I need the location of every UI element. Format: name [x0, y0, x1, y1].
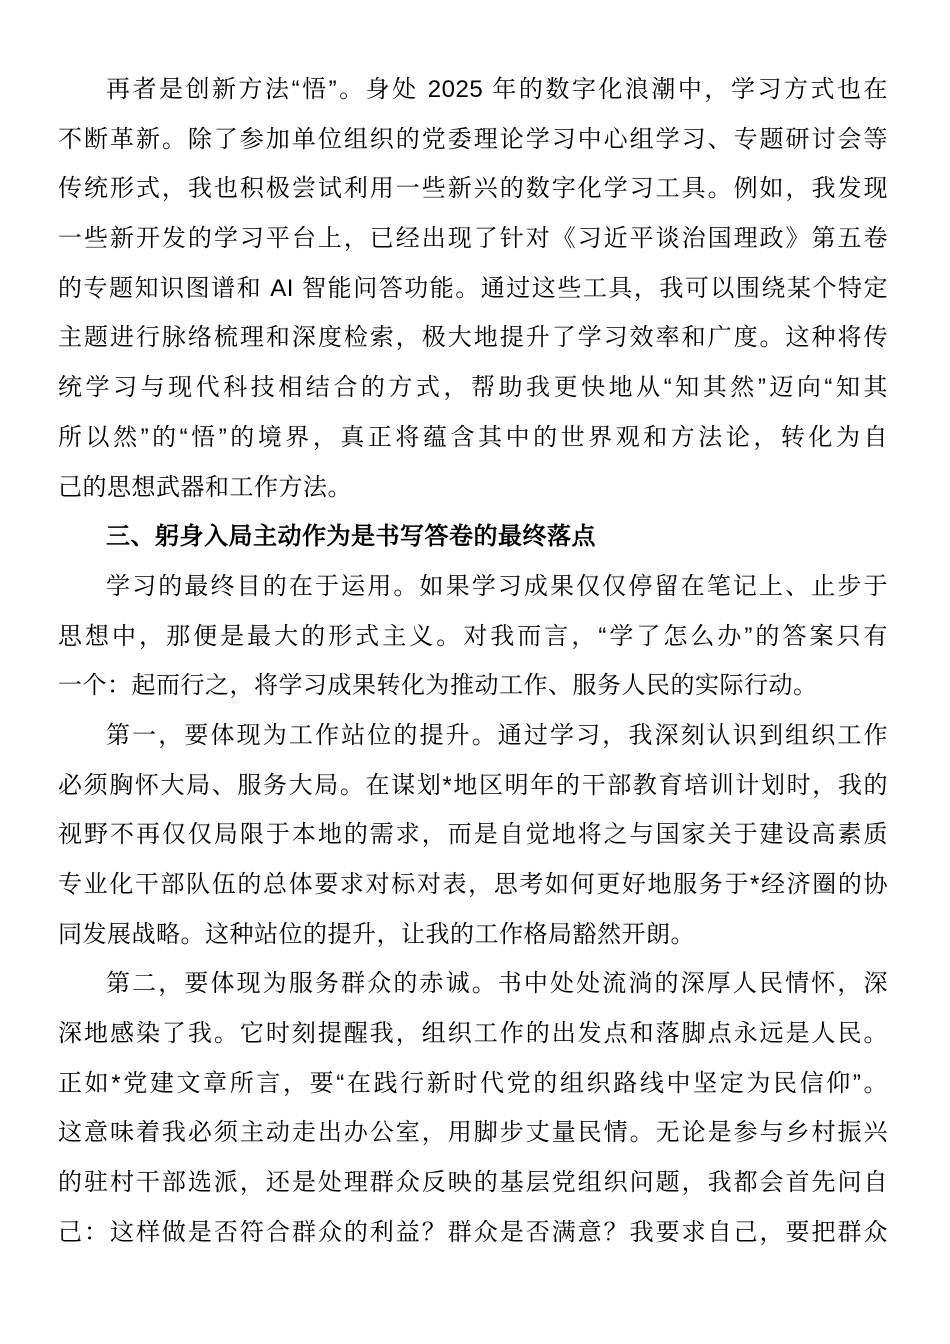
document-text-block: 再者是创新方法“悟”。身处 2025 年的数字化浪潮中，学习方式也在 不断革新。…: [58, 65, 888, 1258]
text-line: 这意味着我必须主动走出办公室，用脚步丈量民情。无论是参与乡村振兴: [58, 1108, 888, 1158]
text-line: 第二，要体现为服务群众的赤诚。书中处处流淌的深厚人民情怀，深: [58, 959, 888, 1009]
text-line: 的专题知识图谱和 AI 智能问答功能。通过这些工具，我可以围绕某个特定: [58, 264, 888, 314]
text-line: 思想中，那便是最大的形式主义。对我而言，“学了怎么办”的答案只有: [58, 612, 888, 662]
text-line: 第一，要体现为工作站位的提升。通过学习，我深刻认识到组织工作: [58, 711, 888, 761]
text-line: 统学习与现代科技相结合的方式，帮助我更快地从“知其然”迈向“知其: [58, 363, 888, 413]
text-line: 的驻村干部选派，还是处理群众反映的基层党组织问题，我都会首先问自: [58, 1158, 888, 1208]
text-line: 视野不再仅仅局限于本地的需求，而是自觉地将之与国家关于建设高素质: [58, 810, 888, 860]
text-line: 所以然”的“悟”的境界，真正将蕴含其中的世界观和方法论，转化为自: [58, 413, 888, 463]
document-page: 再者是创新方法“悟”。身处 2025 年的数字化浪潮中，学习方式也在 不断革新。…: [0, 0, 950, 1344]
text-line: 一个：起而行之，将学习成果转化为推动工作、服务人民的实际行动。: [58, 661, 888, 711]
text-line: 己的思想武器和工作方法。: [58, 463, 888, 513]
text-line: 同发展战略。这种站位的提升，让我的工作格局豁然开朗。: [58, 910, 888, 960]
text-line: 己：这样做是否符合群众的利益？群众是否满意？我要求自己，要把群众: [58, 1208, 888, 1258]
section-heading: 三、躬身入局主动作为是书写答卷的最终落点: [58, 512, 888, 562]
text-line: 必须胸怀大局、服务大局。在谋划*地区明年的干部教育培训计划时，我的: [58, 761, 888, 811]
text-line: 正如*党建文章所言，要“在践行新时代党的组织路线中坚定为民信仰”。: [58, 1059, 888, 1109]
text-line: 再者是创新方法“悟”。身处 2025 年的数字化浪潮中，学习方式也在: [58, 65, 888, 115]
text-line: 深地感染了我。它时刻提醒我，组织工作的出发点和落脚点永远是人民。: [58, 1009, 888, 1059]
text-line: 一些新开发的学习平台上，已经出现了针对《习近平谈治国理政》第五卷: [58, 214, 888, 264]
text-line: 主题进行脉络梳理和深度检索，极大地提升了学习效率和广度。这种将传: [58, 313, 888, 363]
text-line: 传统形式，我也积极尝试利用一些新兴的数字化学习工具。例如，我发现: [58, 164, 888, 214]
text-line: 不断革新。除了参加单位组织的党委理论学习中心组学习、专题研讨会等: [58, 115, 888, 165]
text-line: 专业化干部队伍的总体要求对标对表，思考如何更好地服务于*经济圈的协: [58, 860, 888, 910]
text-line: 学习的最终目的在于运用。如果学习成果仅仅停留在笔记上、止步于: [58, 562, 888, 612]
